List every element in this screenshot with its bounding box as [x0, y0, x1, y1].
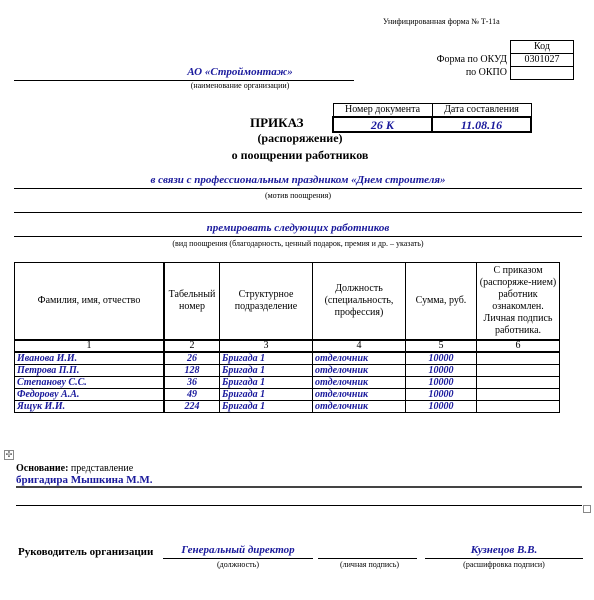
cell-tab[interactable]: 49	[164, 389, 220, 401]
cell-signature[interactable]	[477, 401, 560, 413]
head-position[interactable]: Генеральный директор	[163, 544, 313, 556]
signature-underline	[322, 558, 417, 559]
table-row: Петрова П.П. 128 Бригада 1 отделочник 10…	[15, 365, 560, 377]
okud-label: Форма по ОКУД	[400, 53, 507, 66]
form-caption: Унифицированная форма № Т-11а	[383, 17, 500, 26]
cell-unit[interactable]: Бригада 1	[220, 389, 313, 401]
doc-date-header: Дата составления	[432, 104, 531, 118]
basis-underline-2	[16, 505, 582, 506]
header-tab-number: Табельный номер	[164, 263, 220, 341]
head-label: Руководитель организации	[18, 546, 153, 558]
basis-label: Основание:	[16, 463, 68, 474]
basis-value[interactable]: бригадира Мышкина М.М.	[16, 474, 153, 486]
name-caption: (расшифровка подписи)	[425, 560, 583, 569]
kind-underline	[14, 236, 582, 237]
doc-number-header: Номер документа	[333, 104, 432, 118]
header-signature: С приказом (распоряже-нием) работник озн…	[477, 263, 560, 341]
table-header-row: Фамилия, имя, отчество Табельный номер С…	[15, 263, 560, 341]
motive-underline-2	[14, 212, 582, 213]
basis-underline	[16, 486, 582, 488]
table-resize-handle-icon[interactable]	[583, 505, 591, 513]
column-numbers-row: 1 2 3 4 5 6	[15, 340, 560, 352]
cell-unit[interactable]: Бригада 1	[220, 365, 313, 377]
cell-unit[interactable]: Бригада 1	[220, 401, 313, 413]
header-sum: Сумма, руб.	[406, 263, 477, 341]
column-number: 3	[220, 340, 313, 352]
column-number: 2	[164, 340, 220, 352]
signature-caption: (личная подпись)	[322, 560, 417, 569]
motive-caption: (мотив поощрения)	[14, 191, 582, 200]
header-position: Должность (специальность, профессия)	[313, 263, 406, 341]
cell-name[interactable]: Федорову А.А.	[15, 389, 165, 401]
position-caption: (должность)	[163, 560, 313, 569]
cell-position[interactable]: отделочник	[313, 389, 406, 401]
table-row: Степанову С.С. 36 Бригада 1 отделочник 1…	[15, 377, 560, 389]
cell-sum[interactable]: 10000	[406, 365, 477, 377]
cell-position[interactable]: отделочник	[313, 377, 406, 389]
cell-signature[interactable]	[477, 365, 560, 377]
table-move-handle-icon[interactable]: ✣	[4, 450, 14, 460]
document-subtitle: (распоряжение)	[200, 131, 400, 146]
cell-tab[interactable]: 36	[164, 377, 220, 389]
document-title: ПРИКАЗ	[250, 115, 304, 131]
okud-code[interactable]: 0301027	[511, 54, 574, 67]
cell-unit[interactable]: Бригада 1	[220, 352, 313, 365]
okud-labels: Форма по ОКУД по ОКПО	[400, 53, 507, 79]
column-number: 4	[313, 340, 406, 352]
organization-caption: (наименование организации)	[130, 81, 350, 90]
basis-text: представление	[68, 463, 133, 474]
cell-sum[interactable]: 10000	[406, 377, 477, 389]
head-name[interactable]: Кузнецов В.В.	[425, 544, 583, 556]
cell-sum[interactable]: 10000	[406, 401, 477, 413]
cell-sum[interactable]: 10000	[406, 352, 477, 365]
document-number-table: Номер документа Дата составления 26 К 11…	[332, 103, 532, 133]
header-unit: Структурное подразделение	[220, 263, 313, 341]
position-underline	[163, 558, 313, 559]
doc-number[interactable]: 26 К	[333, 117, 432, 132]
cell-name[interactable]: Ящук И.И.	[15, 401, 165, 413]
cell-sum[interactable]: 10000	[406, 389, 477, 401]
basis-line: Основание: представление	[16, 463, 133, 474]
organization-name[interactable]: АО «Строймонтаж»	[130, 66, 350, 78]
cell-name[interactable]: Иванова И.И.	[15, 352, 165, 365]
kind-value[interactable]: премировать следующих работников	[14, 222, 582, 234]
column-number: 5	[406, 340, 477, 352]
table-row: Ящук И.И. 224 Бригада 1 отделочник 10000	[15, 401, 560, 413]
motive-underline	[14, 188, 582, 189]
cell-unit[interactable]: Бригада 1	[220, 377, 313, 389]
codes-header: Код	[511, 41, 574, 54]
cell-signature[interactable]	[477, 377, 560, 389]
codes-table: Код 0301027	[510, 40, 574, 80]
column-number: 1	[15, 340, 165, 352]
column-number: 6	[477, 340, 560, 352]
table-row: Иванова И.И. 26 Бригада 1 отделочник 100…	[15, 352, 560, 365]
cell-tab[interactable]: 26	[164, 352, 220, 365]
cell-name[interactable]: Степанову С.С.	[15, 377, 165, 389]
cell-tab[interactable]: 224	[164, 401, 220, 413]
cell-position[interactable]: отделочник	[313, 352, 406, 365]
cell-position[interactable]: отделочник	[313, 401, 406, 413]
document-subject: о поощрении работников	[170, 148, 430, 163]
header-full-name: Фамилия, имя, отчество	[15, 263, 165, 341]
cell-position[interactable]: отделочник	[313, 365, 406, 377]
okpo-code[interactable]	[511, 67, 574, 80]
cell-tab[interactable]: 128	[164, 365, 220, 377]
name-underline	[425, 558, 583, 559]
table-row: Федорову А.А. 49 Бригада 1 отделочник 10…	[15, 389, 560, 401]
cell-signature[interactable]	[477, 352, 560, 365]
cell-name[interactable]: Петрова П.П.	[15, 365, 165, 377]
kind-caption: (вид поощрения (благодарность, ценный по…	[14, 239, 582, 248]
okpo-label: по ОКПО	[400, 66, 507, 79]
cell-signature[interactable]	[477, 389, 560, 401]
doc-date[interactable]: 11.08.16	[432, 117, 531, 132]
motive-value[interactable]: в связи с профессиональным праздником «Д…	[14, 174, 582, 186]
employees-table: Фамилия, имя, отчество Табельный номер С…	[14, 262, 560, 413]
